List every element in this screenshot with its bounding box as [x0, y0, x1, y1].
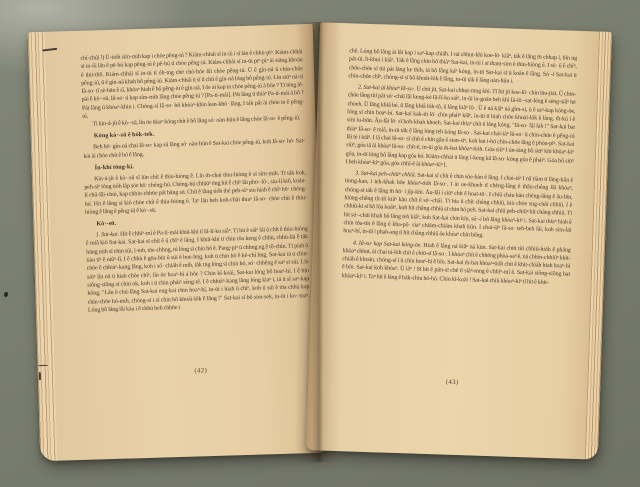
right-page-text: chē. Lóng bô lâng ài lâi kap i saⁿ-kap c… [339, 47, 578, 380]
story-lead-2: 2. Sat-kai ài khòaⁿ Iâ-so·. [358, 85, 415, 93]
paragraph-goal: Beh hō· gín-ná chai Iâ-so· kap sū lâng s… [83, 138, 305, 161]
story-paragraph-3: 3. Sat-kai peh-chiūⁿ chhiū. Sat-kai sī c… [343, 169, 573, 243]
story-text-4: Hiah ê lâng ná kiâⁿ ná kūn. Sat-kai chiū… [342, 242, 571, 285]
story-text-3: Sat-kai sī chít ê chin sòe-hàn ê lâng. I… [343, 173, 573, 239]
paragraph-intro-continuation: chí-chúi !) Ū-tióh sím-mih kap i chòe pê… [80, 48, 304, 121]
page-edge-stack-left [28, 32, 58, 461]
handwritten-mark [42, 48, 57, 51]
page-edge-stack-right [585, 32, 612, 460]
left-page-text: chí-chúi !) Ū-tióh sím-mih kap i chòe pê… [80, 48, 311, 374]
handwritten-mark [39, 372, 41, 380]
story-paragraph-4: 4. Iâ-so· kap Sat-kai kóng-ōe. Hiah ê lâ… [342, 239, 571, 288]
handwritten-mark [39, 365, 48, 366]
story-paragraph-2: 2. Sat-kai ài khòaⁿ Iâ-so·. Ū chít jít, … [345, 83, 576, 173]
right-page: chē. Lóng bô lâng ài lâi kap i saⁿ-kap c… [306, 22, 612, 459]
story-text-2: Ū chít jít, Sat-kai chhut-mng khì. Tī hi… [345, 87, 576, 169]
story-lead-1: 1. Sat-kai. [96, 232, 119, 239]
story-text-1: Hit ê chhìⁿ-mî ê Pa-tí-mái khiā-khí tī I… [86, 226, 310, 313]
book-spread: chí-chúi !) Ū-tióh sím-mih kap i chòe pê… [0, 0, 640, 487]
left-page: chí-chúi !) Ū-tióh sím-mih kap i chòe pê… [28, 24, 326, 461]
story-lead-3: 3. Sat-kai peh-chiūⁿ chhiū. [355, 171, 416, 179]
paragraph-continuation: chē. Lóng bô lâng ài lâi kap i saⁿ-kap c… [348, 47, 577, 88]
paragraph-motive: Kin-á-jít ê kò·-sū sī lūn chít ê thiu-hi… [84, 169, 307, 217]
story-lead-4: 4. Iâ-so· kap Sat-kai kóng-ōe. [353, 240, 422, 248]
story-paragraph-1: 1. Sat-kai. Hit ê chhìⁿ-mî ê Pa-tí-mái k… [86, 225, 310, 315]
ink-speck [4, 292, 8, 297]
